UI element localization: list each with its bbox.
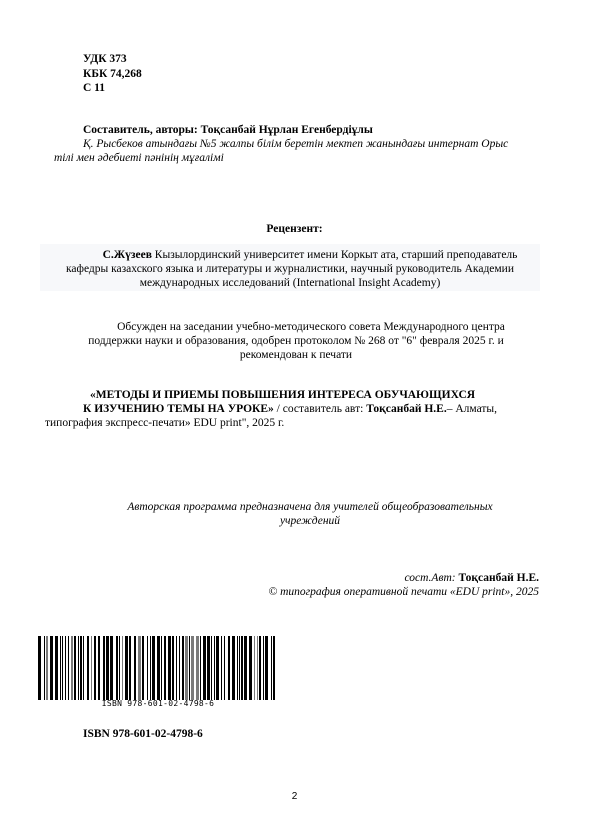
purpose-line1: Авторская программа предназначена для уч… xyxy=(100,500,520,514)
approval-line2: поддержки науки и образования, одобрен п… xyxy=(60,334,532,348)
citation-title-line1: «МЕТОДЫ И ПРИЕМЫ ПОВЫШЕНИЯ ИНТЕРЕСА ОБУЧ… xyxy=(45,388,545,402)
author-sign-code: С 11 xyxy=(83,81,142,96)
compiler-title: Составитель, авторы: Тоқсанбай Нұрлан Ег… xyxy=(83,123,543,137)
compiler-affiliation-line2: тілі мен әдебиеті пәнінің мұғалімі xyxy=(54,151,224,165)
signature-block: сост.Авт: Тоқсанбай Н.Е. © типография оп… xyxy=(268,571,539,599)
bbk-code: КБК 74,268 xyxy=(83,67,142,82)
reviewer-heading: Рецензент: xyxy=(0,222,589,236)
approval-line1: Обсужден на заседании учебно-методическо… xyxy=(60,320,532,334)
reviewer-block: С.Жүзеев Кызылординский университет имен… xyxy=(40,244,540,291)
barcode-label: ISBN 978-601-02-4798-6 xyxy=(38,699,278,709)
signature-author-line: сост.Авт: Тоқсанбай Н.Е. xyxy=(268,571,539,585)
reviewer-line1: С.Жүзеев Кызылординский университет имен… xyxy=(40,248,540,262)
page-number: 2 xyxy=(0,790,589,804)
isbn-barcode-icon xyxy=(38,636,278,702)
citation-compiler-label: / составитель авт: xyxy=(274,403,366,415)
purpose-statement: Авторская программа предназначена для уч… xyxy=(100,500,520,528)
reviewer-line3: международных исследований (Internationa… xyxy=(40,276,540,290)
reviewer-line1-text: Кызылординский университет имени Коркыт … xyxy=(152,249,517,261)
citation-compiler-name: Тоқсанбай Н.Е. xyxy=(366,403,447,415)
bibliographic-citation: «МЕТОДЫ И ПРИЕМЫ ПОВЫШЕНИЯ ИНТЕРЕСА ОБУЧ… xyxy=(45,388,545,430)
compiler-affiliation-line1: Қ. Рысбеков атындағы №5 жалпы білім бере… xyxy=(83,137,543,151)
udk-code: УДК 373 xyxy=(83,52,142,67)
citation-publisher-part1: – Алматы, xyxy=(447,403,497,415)
signature-label: сост.Авт: xyxy=(404,572,458,584)
citation-title-line2: К ИЗУЧЕНИЮ ТЕМЫ НА УРОКЕ» xyxy=(83,403,274,415)
compiler-section: Составитель, авторы: Тоқсанбай Нұрлан Ег… xyxy=(83,123,543,151)
citation-publisher-line: типография экспресс-печати» EDU print", … xyxy=(45,416,545,430)
signature-copyright: © типография оперативной печати «EDU pri… xyxy=(268,585,539,599)
citation-line2: К ИЗУЧЕНИЮ ТЕМЫ НА УРОКЕ» / составитель … xyxy=(45,402,545,416)
signature-author: Тоқсанбай Н.Е. xyxy=(458,572,539,584)
purpose-line2: учреждений xyxy=(100,514,520,528)
classification-codes: УДК 373 КБК 74,268 С 11 xyxy=(83,52,142,96)
compiler-affiliation: Қ. Рысбеков атындағы №5 жалпы білім бере… xyxy=(83,137,543,151)
reviewer-name: С.Жүзеев xyxy=(103,249,152,261)
approval-line3: рекомендован к печати xyxy=(60,348,532,362)
reviewer-line2: кафедры казахского языка и литературы и … xyxy=(40,262,540,276)
isbn-number: ISBN 978-601-02-4798-6 xyxy=(83,727,203,741)
approval-statement: Обсужден на заседании учебно-методическо… xyxy=(60,320,532,362)
